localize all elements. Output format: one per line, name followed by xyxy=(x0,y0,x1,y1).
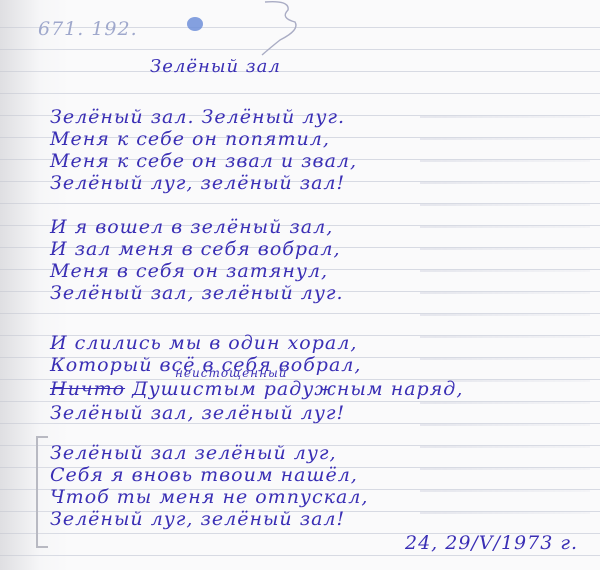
bleed-through-text xyxy=(420,100,590,530)
stanza-3-line-3: Ничто Душистым радужным наряд, xyxy=(50,378,463,400)
page-number-header: 671. 192. xyxy=(38,18,138,40)
date-signature: 24, 29/V/1973 г. xyxy=(405,532,578,554)
stanza-4-line-2: Себя я вновь твоим нашёл, xyxy=(50,464,358,486)
stanza-1-line-3: Меня к себе он звал и звал, xyxy=(50,150,357,172)
ink-dot xyxy=(187,17,203,31)
stanza-3-line-3-text: Душистым радужным наряд, xyxy=(132,378,463,400)
stanza-4-line-4: Зелёный луг, зелёный зал! xyxy=(50,508,345,530)
corner-scribble-icon xyxy=(260,0,310,60)
manuscript-page: 671. 192. Зелёный зал Зелёный зал. Зелён… xyxy=(0,0,600,570)
poem-title: Зелёный зал xyxy=(150,56,281,77)
stanza-2-line-3: Меня в себя он затянул, xyxy=(50,260,328,282)
stanza-3-line-4: Зелёный зал, зелёный луг! xyxy=(50,402,345,424)
struck-word: Ничто xyxy=(50,378,125,400)
stanza-bracket xyxy=(36,436,48,548)
stanza-4-line-3: Чтоб ты меня не отпускал, xyxy=(50,486,368,508)
stanza-1-line-2: Меня к себе он попятил, xyxy=(50,128,330,150)
stanza-1-line-1: Зелёный зал. Зелёный луг. xyxy=(50,106,345,128)
stanza-1-line-4: Зелёный луг, зелёный зал! xyxy=(50,172,345,194)
stanza-2-line-2: И зал меня в себя вобрал, xyxy=(50,238,341,260)
stanza-2-line-1: И я вошел в зелёный зал, xyxy=(50,216,333,238)
stanza-4-line-1: Зелёный зал зелёный луг, xyxy=(50,442,337,464)
stanza-2-line-4: Зелёный зал, зелёный луг. xyxy=(50,282,344,304)
stanza-3-line-1: И слились мы в один хорал, xyxy=(50,332,357,354)
